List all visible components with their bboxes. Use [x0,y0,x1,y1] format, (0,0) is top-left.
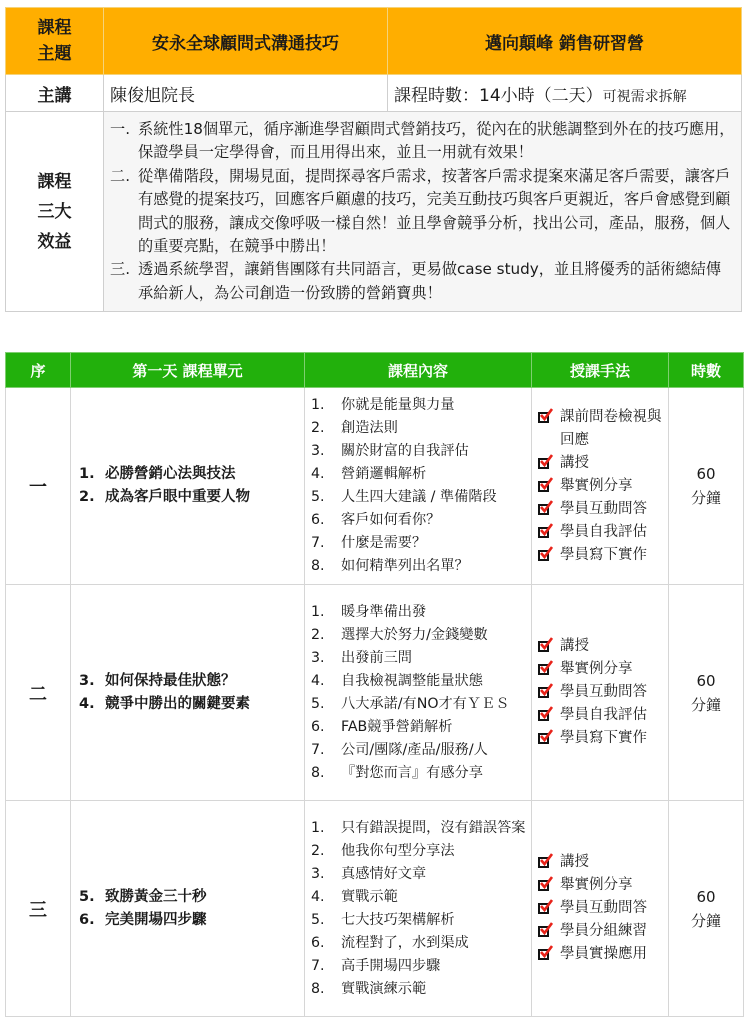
course-topic-row: 課程 主題 安永全球顧問式溝通技巧 邁向顛峰 銷售研習營 [6,8,742,75]
benefit-item: 一. 系統性18個單元，循序漸進學習顧問式營銷技巧，從內在的狀態調整到外在的技巧… [110,118,735,165]
row-units: 3.如何保持最佳狀態？ 4.競爭中勝出的關鍵要素 [71,585,305,801]
row-units: 1.必勝營銷心法與技法 2.成為客戶眼中重要人物 [71,388,305,585]
table-row: 一 1.必勝營銷心法與技法 2.成為客戶眼中重要人物 1.你就是能量與力量 2.… [6,388,744,585]
unit-item: 1.必勝營銷心法與技法 [79,463,304,486]
unit-item: 3.如何保持最佳狀態？ [79,670,304,693]
content-item: 1.暖身準備出發 [311,601,527,624]
table-row: 三 5.致勝黃金三十秒 6.完美開場四步驟 1.只有錯誤提問，沒有錯誤答案 2.… [6,801,744,1017]
row-methods: 講授 舉實例分享 學員互動問答 學員自我評估 學員寫下實作 [532,585,669,801]
course-hours: 課程時數：14小時（二天）可視需求拆解 [388,75,742,112]
checkbox-checked-icon [538,708,553,723]
checkbox-checked-icon [538,662,553,677]
content-item: 2.創造法則 [311,417,527,440]
hours-label: 課程時數：14小時（二天） [394,86,603,106]
checkbox-checked-icon [538,639,553,654]
content-item: 3.真感情好文章 [311,863,527,886]
table-row: 二 3.如何保持最佳狀態？ 4.競爭中勝出的關鍵要素 1.暖身準備出發 2.選擇… [6,585,744,801]
header-methods: 授課手法 [532,353,669,388]
checkbox-checked-icon [538,502,553,517]
checkbox-checked-icon [538,855,553,870]
benefit-item: 三. 透過系統學習，讓銷售團隊有共同語言，更易做case study，並且將優秀… [110,258,735,305]
method-item: 講授 [538,452,668,475]
checkbox-checked-icon [538,901,553,916]
method-item: 學員自我評估 [538,704,668,727]
content-item: 7.公司/團隊/產品/服務/人 [311,739,527,762]
content-item: 8.如何精準列出名單？ [311,555,527,578]
checkbox-checked-icon [538,548,553,563]
method-item: 舉實例分享 [538,658,668,681]
hours-note: 可視需求拆解 [603,89,687,105]
method-item: 講授 [538,635,668,658]
header-content: 課程內容 [305,353,532,388]
header-units: 第一天 課程單元 [71,353,305,388]
content-item: 3.關於財富的自我評估 [311,440,527,463]
content-item: 5.八大承諾/有NO才有ＹＥＳ [311,693,527,716]
topic-title: 安永全球顧問式溝通技巧 [104,8,388,75]
content-item: 2.選擇大於努力/金錢變數 [311,624,527,647]
checkbox-checked-icon [538,947,553,962]
benefit-item: 二. 從準備階段，開場見面，提問探尋客戶需求，按著客戶需求提案來滿足客戶需要，讓… [110,165,735,259]
header-hours: 時數 [669,353,744,388]
method-item: 學員互動問答 [538,681,668,704]
unit-item: 4.競爭中勝出的關鍵要素 [79,693,304,716]
content-item: 4.自我檢視調整能量狀態 [311,670,527,693]
content-item: 1.你就是能量與力量 [311,394,527,417]
content-item: 5.七大技巧架構解析 [311,909,527,932]
checkbox-checked-icon [538,731,553,746]
row-content: 1.暖身準備出發 2.選擇大於努力/金錢變數 3.出發前三問 4.自我檢視調整能… [305,585,532,801]
row-seq: 一 [6,388,71,585]
benefits-label: 課程 三大 效益 [6,112,104,312]
row-duration: 60 分鐘 [669,801,744,1017]
method-item: 舉實例分享 [538,874,668,897]
schedule-table: 序 第一天 課程單元 課程內容 授課手法 時數 一 1.必勝營銷心法與技法 2.… [5,352,744,1017]
camp-title: 邁向顛峰 銷售研習營 [388,8,742,75]
content-item: 1.只有錯誤提問，沒有錯誤答案 [311,817,527,840]
checkbox-checked-icon [538,456,553,471]
content-item: 7.高手開場四步驟 [311,955,527,978]
method-item: 學員互動問答 [538,897,668,920]
method-item: 學員互動問答 [538,498,668,521]
row-methods: 課前問卷檢視與回應 講授 舉實例分享 學員互動問答 學員自我評估 學員寫下實作 [532,388,669,585]
benefits-list: 一. 系統性18個單元，循序漸進學習顧問式營銷技巧，從內在的狀態調整到外在的技巧… [104,112,742,312]
content-item: 6.流程對了，水到渠成 [311,932,527,955]
unit-item: 2.成為客戶眼中重要人物 [79,486,304,509]
method-item: 學員寫下實作 [538,727,668,750]
checkbox-checked-icon [538,685,553,700]
content-item: 8.實戰演練示範 [311,978,527,1001]
course-info-table: 課程 主題 安永全球顧問式溝通技巧 邁向顛峰 銷售研習營 主講 陳俊旭院長 課程… [5,7,742,312]
content-item: 7.什麼是需要？ [311,532,527,555]
row-methods: 講授 舉實例分享 學員互動問答 學員分組練習 學員實操應用 [532,801,669,1017]
schedule-header-row: 序 第一天 課程單元 課程內容 授課手法 時數 [6,353,744,388]
method-item: 課前問卷檢視與回應 [538,406,668,452]
checkbox-checked-icon [538,410,553,425]
checkbox-checked-icon [538,924,553,939]
unit-item: 5.致勝黃金三十秒 [79,886,304,909]
row-content: 1.只有錯誤提問，沒有錯誤答案 2.他我你句型分享法 3.真感情好文章 4.實戰… [305,801,532,1017]
row-duration: 60 分鐘 [669,585,744,801]
header-seq: 序 [6,353,71,388]
content-item: 8.『對您而言』有感分享 [311,762,527,785]
instructor-name: 陳俊旭院長 [104,75,388,112]
method-item: 舉實例分享 [538,475,668,498]
method-item: 講授 [538,851,668,874]
unit-item: 6.完美開場四步驟 [79,909,304,932]
checkbox-checked-icon [538,878,553,893]
content-item: 3.出發前三問 [311,647,527,670]
content-item: 6.FAB競爭營銷解析 [311,716,527,739]
row-duration: 60 分鐘 [669,388,744,585]
method-item: 學員實操應用 [538,943,668,966]
content-item: 4.實戰示範 [311,886,527,909]
row-units: 5.致勝黃金三十秒 6.完美開場四步驟 [71,801,305,1017]
row-seq: 二 [6,585,71,801]
content-item: 2.他我你句型分享法 [311,840,527,863]
row-content: 1.你就是能量與力量 2.創造法則 3.關於財富的自我評估 4.營銷邏輯解析 5… [305,388,532,585]
content-item: 6.客戶如何看你？ [311,509,527,532]
method-item: 學員分組練習 [538,920,668,943]
checkbox-checked-icon [538,479,553,494]
checkbox-checked-icon [538,525,553,540]
row-seq: 三 [6,801,71,1017]
topic-label: 課程 主題 [6,8,104,75]
benefits-row: 課程 三大 效益 一. 系統性18個單元，循序漸進學習顧問式營銷技巧，從內在的狀… [6,112,742,312]
content-item: 5.人生四大建議 / 準備階段 [311,486,527,509]
instructor-label: 主講 [6,75,104,112]
content-item: 4.營銷邏輯解析 [311,463,527,486]
instructor-row: 主講 陳俊旭院長 課程時數：14小時（二天）可視需求拆解 [6,75,742,112]
method-item: 學員自我評估 [538,521,668,544]
method-item: 學員寫下實作 [538,544,668,567]
